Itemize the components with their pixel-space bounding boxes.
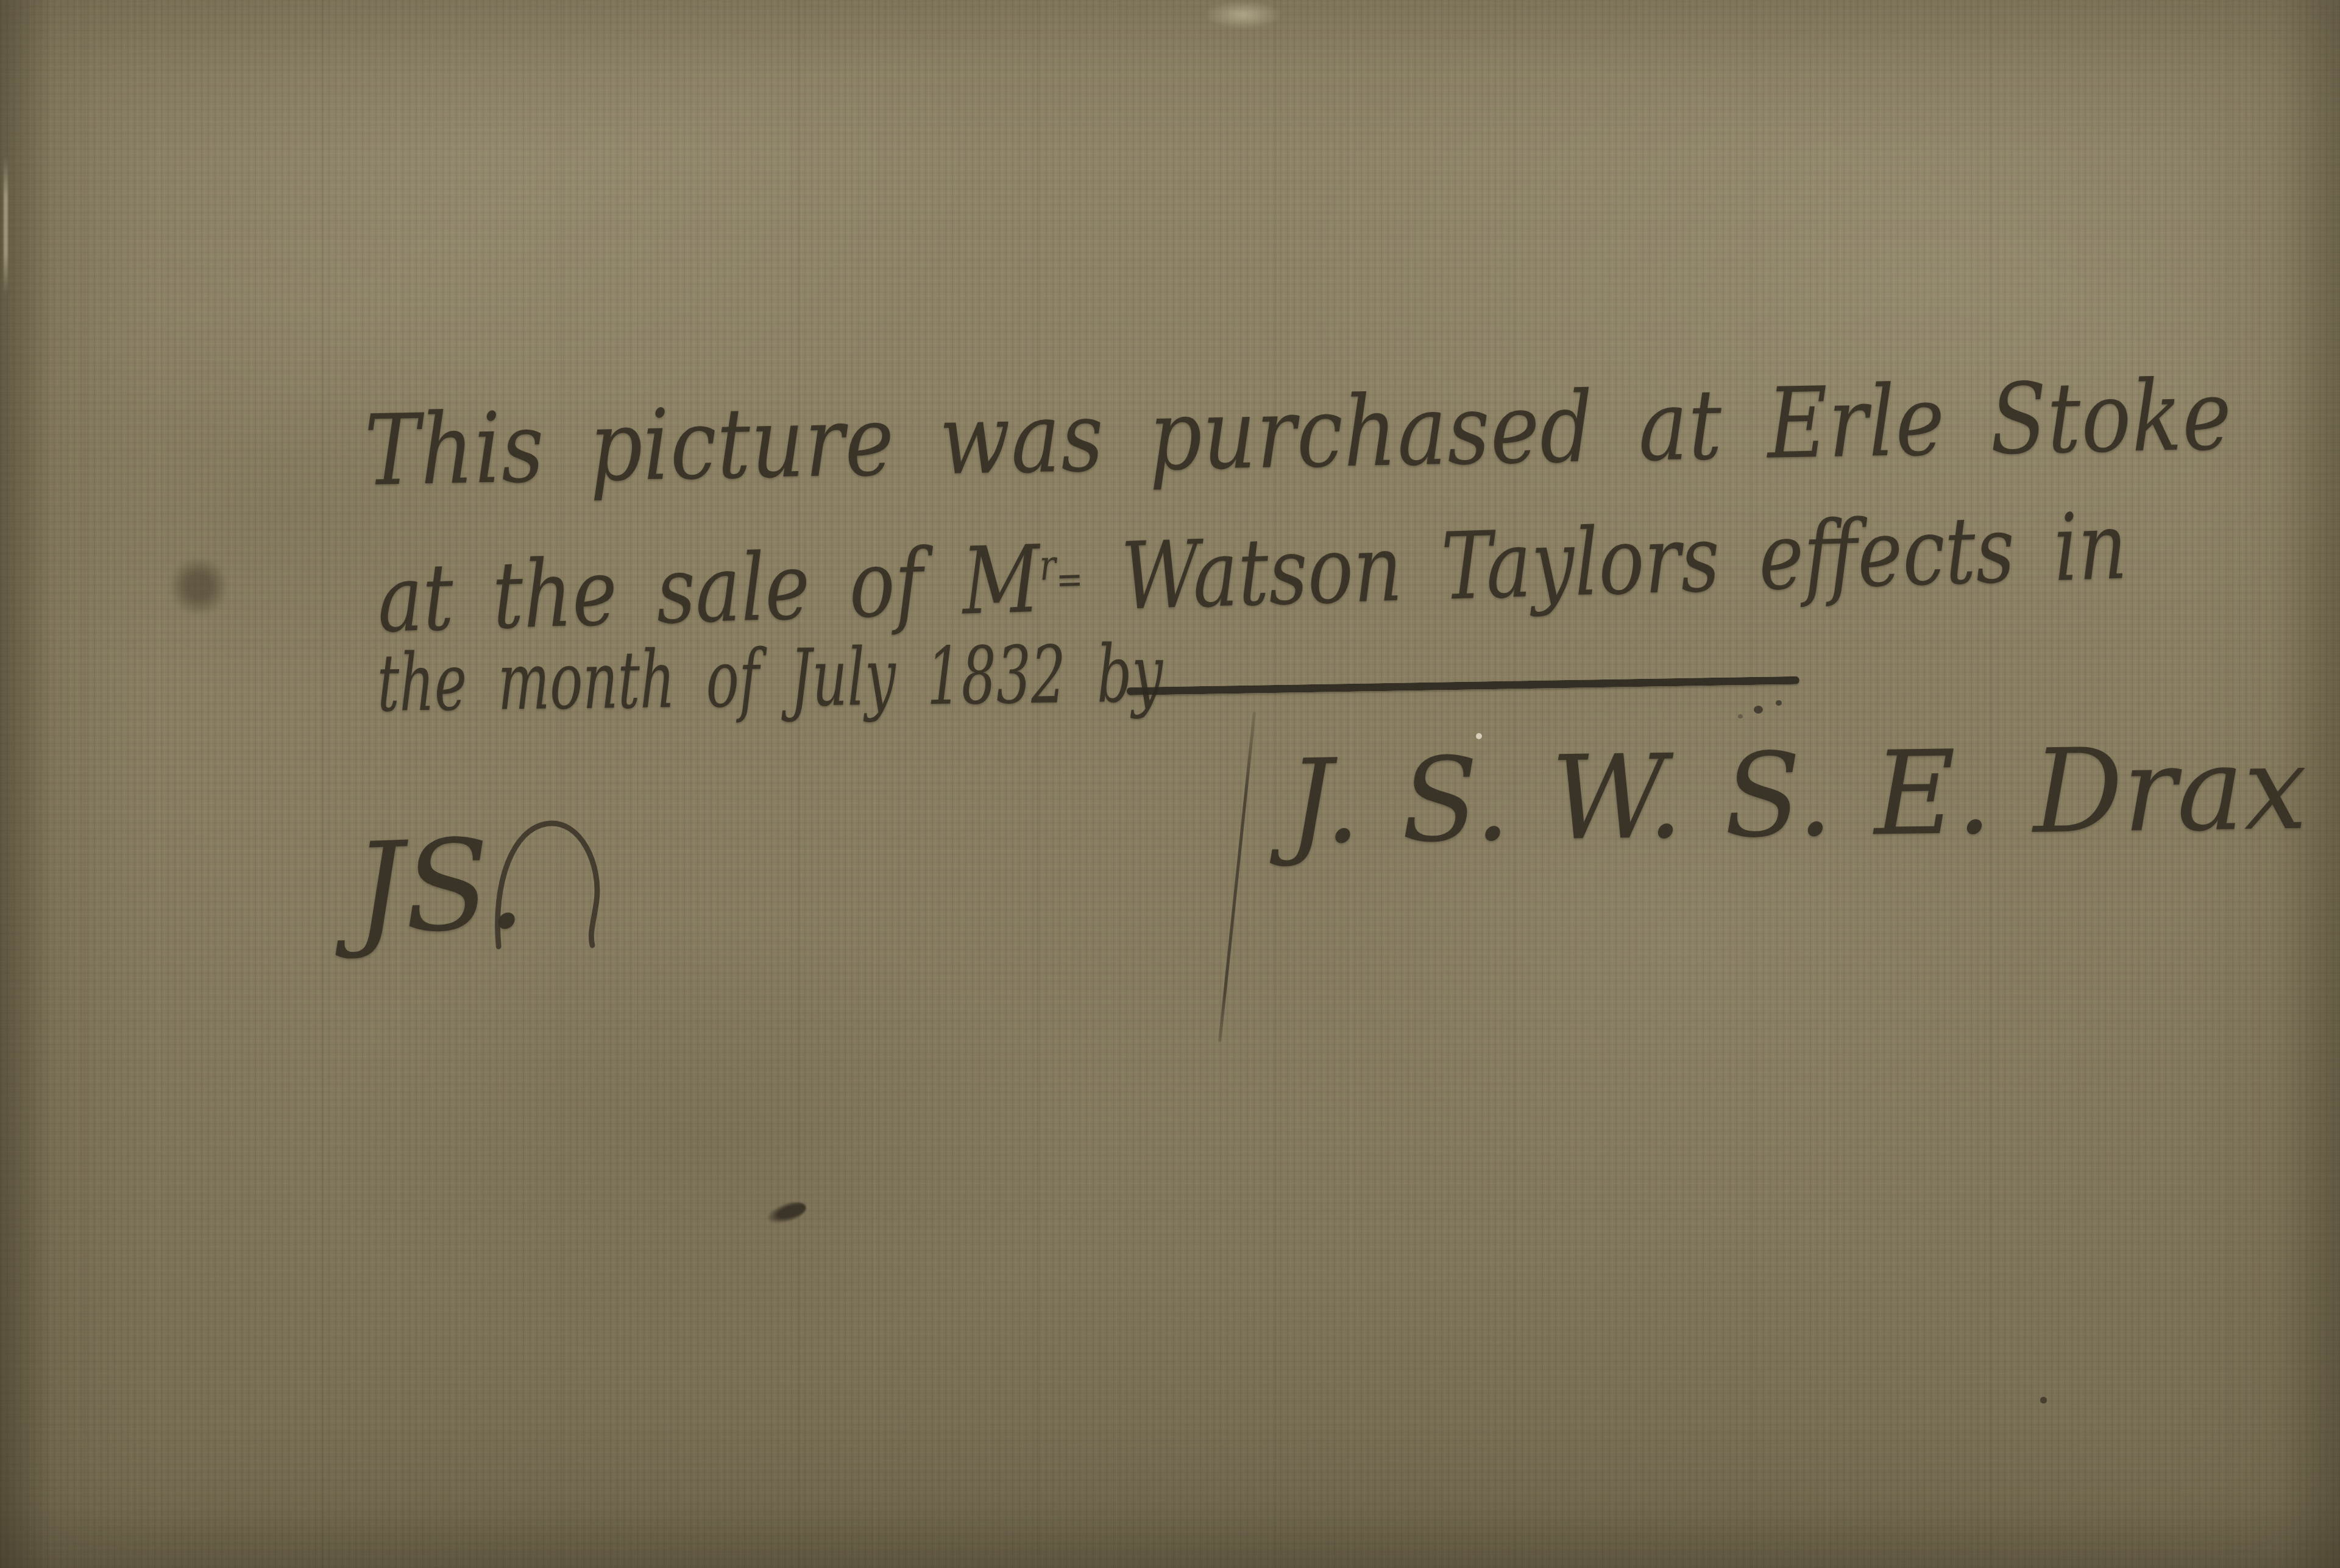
painting-canvas-verso: This picture was purchased at Erle Stoke… [0,0,2340,1568]
ink-dot [1754,706,1763,714]
ink-dot [1738,714,1743,718]
ink-dot [1776,700,1782,706]
inscription-line-3: the month of July 1832 by [377,634,1163,723]
top-edge-smudge [1204,0,1283,29]
mr-superscript: r [1039,542,1057,591]
dark-speck [2040,1397,2047,1403]
abbreviation-dash: = [1055,557,1082,603]
monogram-flourish-arc [484,811,615,954]
round-stain [169,558,228,614]
signature-drax: J. S. W. S. E. Drax [1287,731,2308,860]
left-edge-scratch [4,155,8,296]
